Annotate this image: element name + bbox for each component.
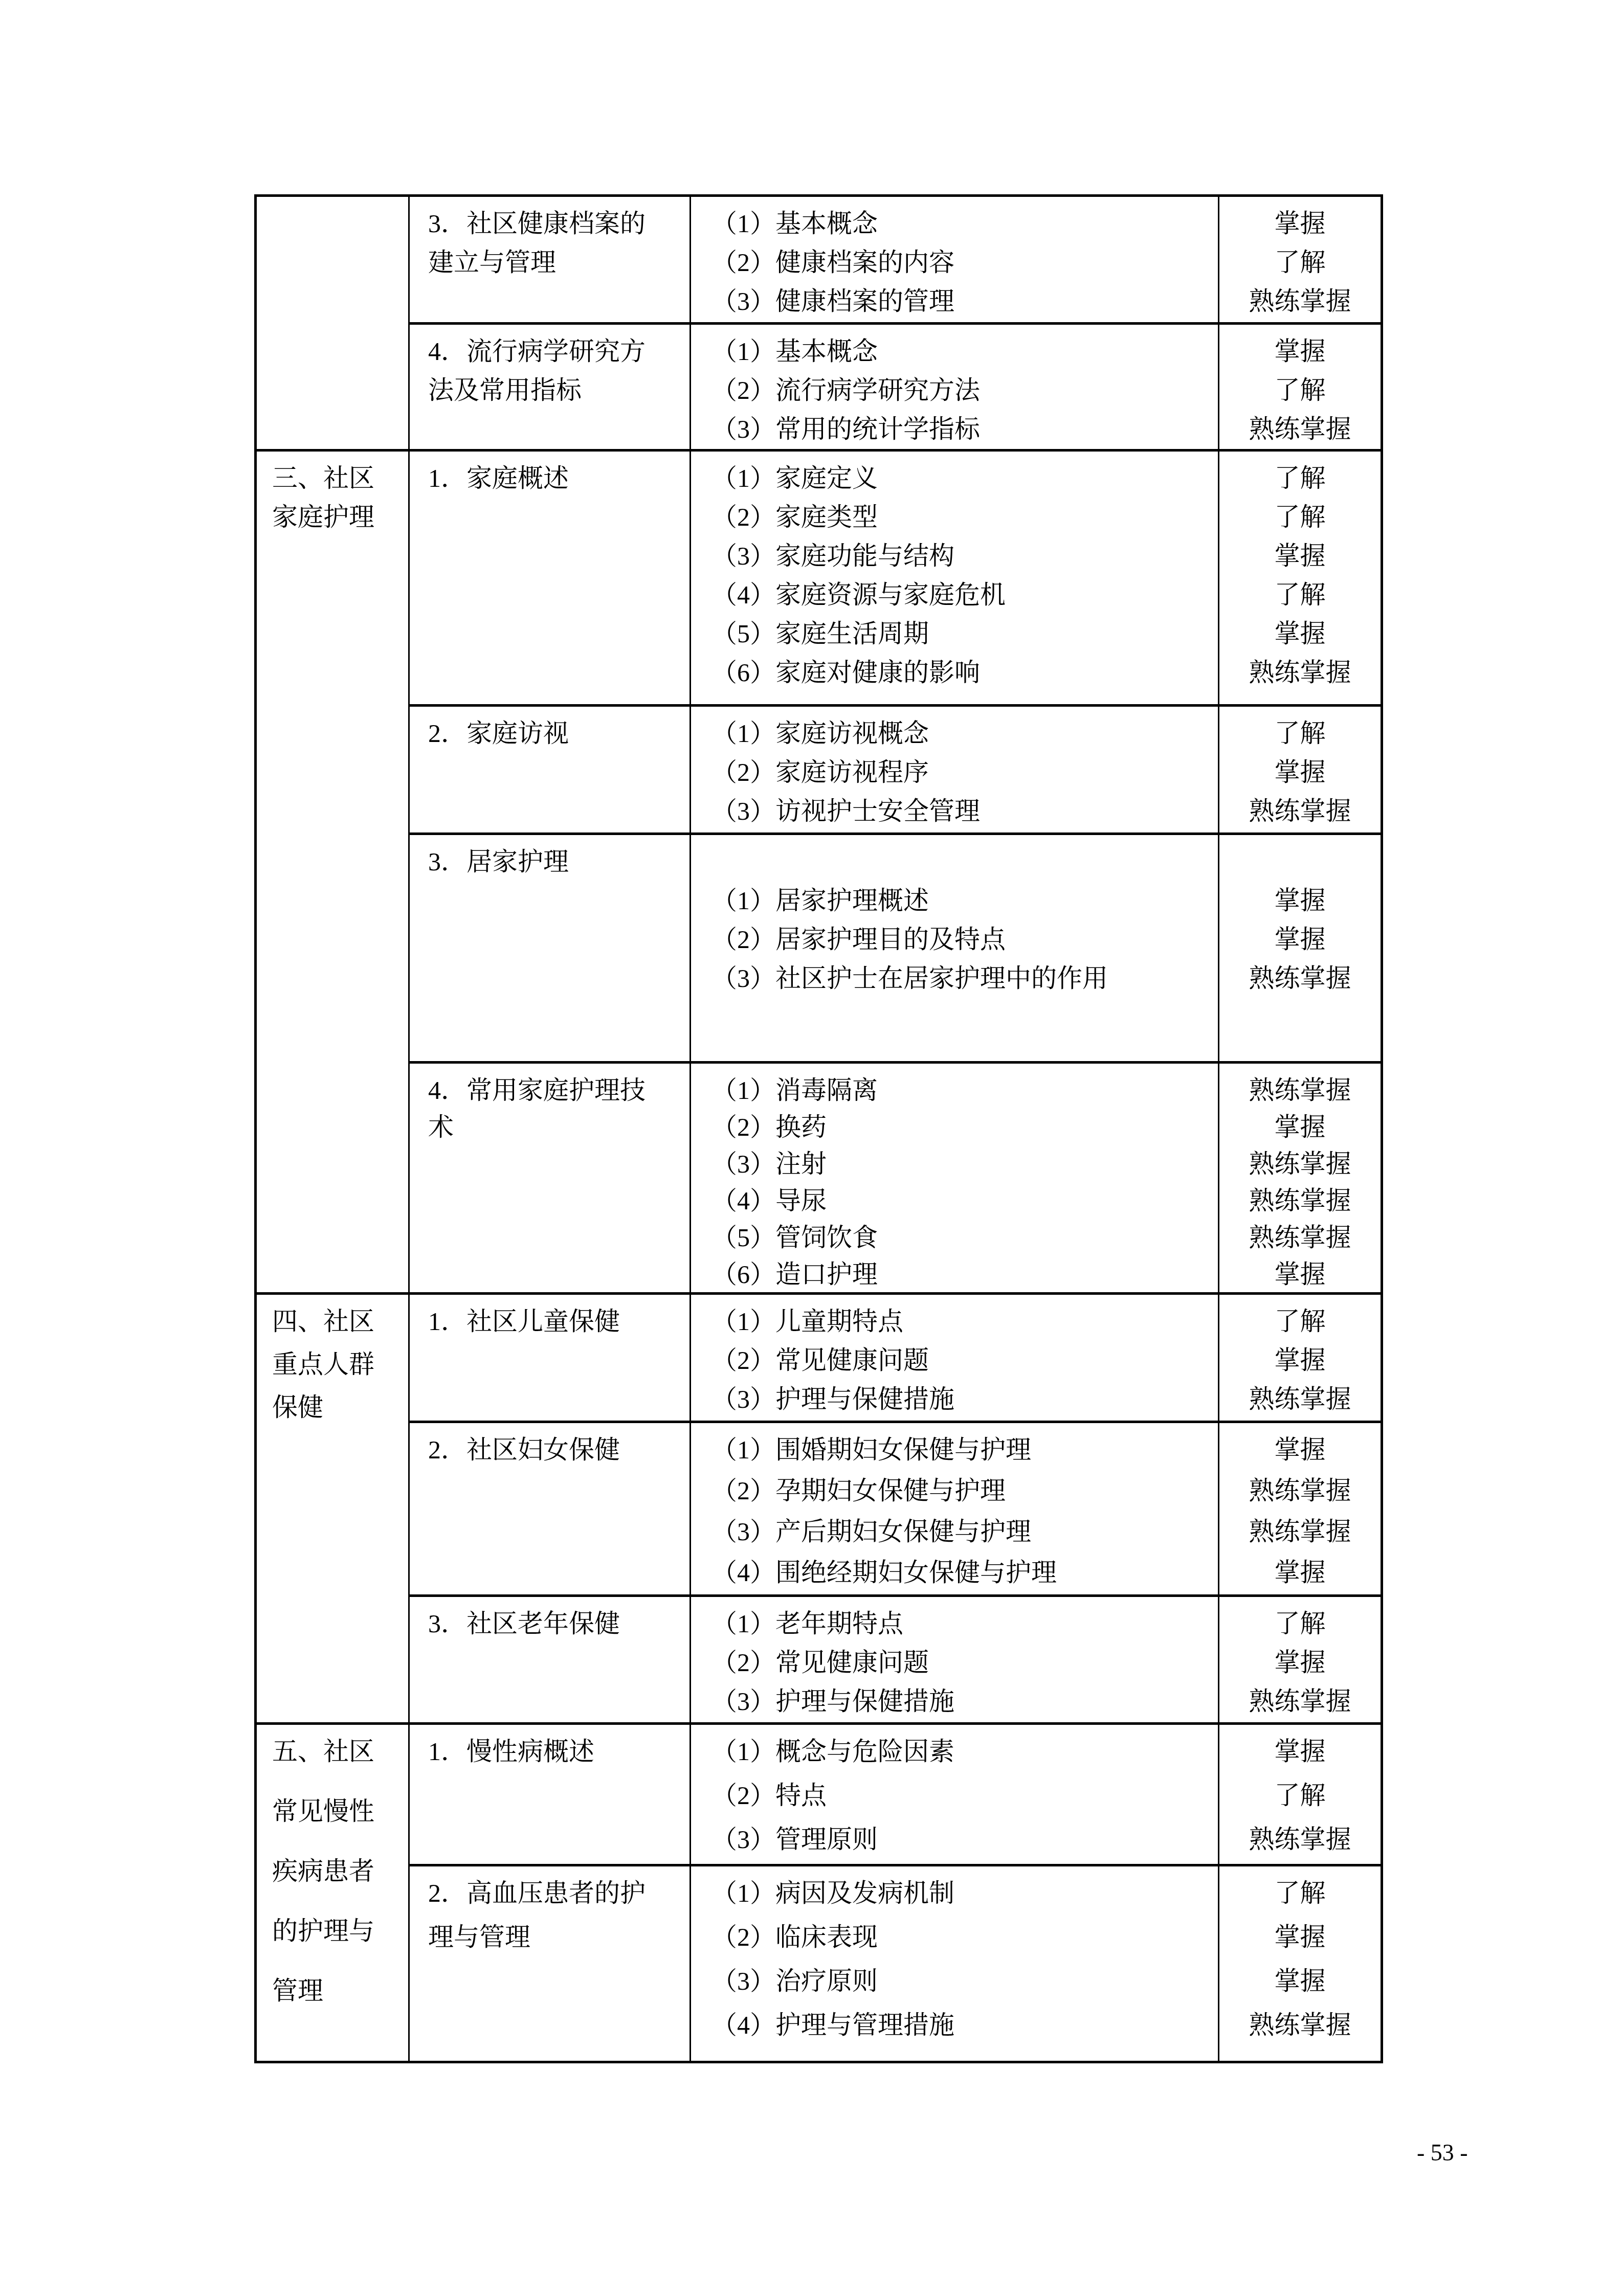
detail-item: （4）导尿: [711, 1181, 1213, 1218]
table-row: 4．流行病学研究方法及常用指标 （1）基本概念（2）流行病学研究方法（3）常用的…: [256, 324, 1382, 451]
requirement-level: 熟练掌握: [1219, 1144, 1381, 1181]
subtopic-cell: 4．常用家庭护理技术: [409, 1063, 691, 1294]
detail-item: （6）家庭对健康的影响: [711, 653, 1213, 692]
requirement-level: 了解: [1219, 575, 1381, 614]
requirements-cell: 掌握了解熟练掌握: [1219, 196, 1382, 324]
detail-item: （3）护理与保健措施: [711, 1682, 1213, 1721]
table-row: 2．高血压患者的护理与管理 （1）病因及发病机制（2）临床表现（3）治疗原则（4…: [256, 1865, 1382, 2062]
unit-label-line: 三、社区: [272, 459, 403, 498]
requirement-level: 熟练掌握: [1219, 959, 1381, 998]
detail-item: （1）基本概念: [711, 204, 1213, 243]
requirement-level: 掌握: [1219, 1553, 1381, 1594]
requirement-level: 熟练掌握: [1219, 1218, 1381, 1255]
subtopic-label-line: 3．居家护理: [428, 842, 684, 881]
requirement-level: 熟练掌握: [1219, 792, 1381, 830]
subtopic-cell: 1．慢性病概述: [409, 1724, 691, 1865]
requirement-level: 掌握: [1219, 1108, 1381, 1144]
detail-item: （2）家庭类型: [711, 498, 1213, 536]
details-cell: （1）家庭定义（2）家庭类型（3）家庭功能与结构（4）家庭资源与家庭危机（5）家…: [691, 451, 1219, 706]
detail-item: （2）家庭访视程序: [711, 753, 1213, 792]
subtopic-label-line: 3．社区健康档案的: [428, 204, 684, 243]
table-row: 3．居家护理 （1）居家护理概述（2）居家护理目的及特点（3）社区护士在居家护理…: [256, 834, 1382, 1063]
subtopic-cell: 3．社区健康档案的建立与管理: [409, 196, 691, 324]
requirement-level: 掌握: [1219, 881, 1381, 920]
table-row: 五、社区常见慢性疾病患者的护理与管理 1．慢性病概述 （1）概念与危险因素（2）…: [256, 1724, 1382, 1865]
subtopic-label-line: 4．常用家庭护理技: [428, 1071, 684, 1108]
detail-item: （4）家庭资源与家庭危机: [711, 575, 1213, 614]
requirement-level: 掌握: [1219, 1962, 1381, 2006]
unit-cell: 四、社区重点人群保健: [256, 1294, 409, 1724]
detail-item: （2）临床表现: [711, 1918, 1213, 1962]
detail-item: （2）健康档案的内容: [711, 243, 1213, 282]
requirements-cell: 了解掌握熟练掌握: [1219, 1294, 1382, 1422]
requirement-level: 了解: [1219, 371, 1381, 410]
requirement-level: 掌握: [1219, 1341, 1381, 1380]
requirements-cell: 掌握了解熟练掌握: [1219, 324, 1382, 451]
detail-item: （5）家庭生活周期: [711, 614, 1213, 653]
subtopic-label-line: 2．社区妇女保健: [428, 1430, 684, 1471]
details-cell: （1）老年期特点（2）常见健康问题（3）护理与保健措施: [691, 1596, 1219, 1724]
requirements-cell: 熟练掌握掌握熟练掌握熟练掌握熟练掌握掌握: [1219, 1063, 1382, 1294]
requirement-level: 熟练掌握: [1219, 1380, 1381, 1419]
subtopic-label-line: 1．社区儿童保健: [428, 1302, 684, 1341]
requirement-level: 了解: [1219, 1302, 1381, 1341]
subtopic-cell: 2．家庭访视: [409, 706, 691, 834]
detail-item: （3）管理原则: [711, 1820, 1213, 1864]
requirements-cell: 了解了解掌握了解掌握熟练掌握: [1219, 451, 1382, 706]
requirement-level: 掌握: [1219, 536, 1381, 575]
detail-item: （3）健康档案的管理: [711, 282, 1213, 321]
requirements-cell: 了解掌握熟练掌握: [1219, 1596, 1382, 1724]
requirement-level: 了解: [1219, 714, 1381, 753]
details-cell: （1）病因及发病机制（2）临床表现（3）治疗原则（4）护理与管理措施: [691, 1865, 1219, 2062]
requirement-level: 了解: [1219, 1776, 1381, 1820]
details-cell: （1）围婚期妇女保健与护理（2）孕期妇女保健与护理（3）产后期妇女保健与护理（4…: [691, 1422, 1219, 1596]
details-cell: （1）概念与危险因素（2）特点（3）管理原则: [691, 1724, 1219, 1865]
detail-item: （1）老年期特点: [711, 1604, 1213, 1643]
detail-item: （4）围绝经期妇女保健与护理: [711, 1553, 1213, 1594]
unit-label-line: 五、社区: [272, 1732, 403, 1792]
detail-item: （1）基本概念: [711, 332, 1213, 371]
requirement-level: 了解: [1219, 1874, 1381, 1918]
details-cell: （1）儿童期特点（2）常见健康问题（3）护理与保健措施: [691, 1294, 1219, 1422]
detail-item: （1）家庭定义: [711, 459, 1213, 498]
detail-item: （2）常见健康问题: [711, 1643, 1213, 1682]
requirement-level: 熟练掌握: [1219, 1682, 1381, 1721]
requirement-level: 了解: [1219, 498, 1381, 536]
unit-label-line: 四、社区: [272, 1302, 403, 1345]
detail-item: （3）常用的统计学指标: [711, 410, 1213, 448]
subtopic-label-line: 2．家庭访视: [428, 714, 684, 753]
detail-item: （1）居家护理概述: [711, 881, 1213, 920]
table-row: 3．社区老年保健 （1）老年期特点（2）常见健康问题（3）护理与保健措施 了解掌…: [256, 1596, 1382, 1724]
requirement-level: 掌握: [1219, 204, 1381, 243]
requirement-level: 熟练掌握: [1219, 1181, 1381, 1218]
requirement-level: 掌握: [1219, 1643, 1381, 1682]
detail-item: （1）消毒隔离: [711, 1071, 1213, 1108]
detail-item: （3）社区护士在居家护理中的作用: [711, 959, 1213, 998]
requirement-level: [1219, 842, 1381, 881]
requirement-level: 熟练掌握: [1219, 1512, 1381, 1553]
detail-item: （2）居家护理目的及特点: [711, 920, 1213, 959]
requirement-level: 掌握: [1219, 1918, 1381, 1962]
requirements-cell: 掌握掌握熟练掌握: [1219, 834, 1382, 1063]
document-page: 3．社区健康档案的建立与管理 （1）基本概念（2）健康档案的内容（3）健康档案的…: [0, 0, 1624, 2296]
table-row: 2．家庭访视 （1）家庭访视概念（2）家庭访视程序（3）访视护士安全管理 了解掌…: [256, 706, 1382, 834]
unit-label-line: 常见慢性: [272, 1792, 403, 1852]
detail-item: （6）造口护理: [711, 1255, 1213, 1292]
requirements-cell: 掌握了解熟练掌握: [1219, 1724, 1382, 1865]
requirements-cell: 了解掌握掌握熟练掌握: [1219, 1865, 1382, 2062]
unit-cell: 五、社区常见慢性疾病患者的护理与管理: [256, 1724, 409, 2062]
subtopic-cell: 1．社区儿童保健: [409, 1294, 691, 1422]
requirements-cell: 掌握熟练掌握熟练掌握掌握: [1219, 1422, 1382, 1596]
detail-item: （3）注射: [711, 1144, 1213, 1181]
detail-item: （2）常见健康问题: [711, 1341, 1213, 1380]
subtopic-cell: 1．家庭概述: [409, 451, 691, 706]
subtopic-label-line: 1．家庭概述: [428, 459, 684, 498]
detail-item: （1）病因及发病机制: [711, 1874, 1213, 1918]
table-row: 四、社区重点人群保健 1．社区儿童保健 （1）儿童期特点（2）常见健康问题（3）…: [256, 1294, 1382, 1422]
table-row: 3．社区健康档案的建立与管理 （1）基本概念（2）健康档案的内容（3）健康档案的…: [256, 196, 1382, 324]
table-row: 2．社区妇女保健 （1）围婚期妇女保健与护理（2）孕期妇女保健与护理（3）产后期…: [256, 1422, 1382, 1596]
details-cell: （1）消毒隔离（2）换药（3）注射（4）导尿（5）管饲饮食（6）造口护理: [691, 1063, 1219, 1294]
subtopic-label-line: 2．高血压患者的护: [428, 1874, 684, 1918]
detail-item: （3）家庭功能与结构: [711, 536, 1213, 575]
details-cell: （1）居家护理概述（2）居家护理目的及特点（3）社区护士在居家护理中的作用: [691, 834, 1219, 1063]
subtopic-cell: 3．社区老年保健: [409, 1596, 691, 1724]
requirement-level: 熟练掌握: [1219, 1471, 1381, 1512]
requirement-level: 掌握: [1219, 1430, 1381, 1471]
requirement-level: 掌握: [1219, 332, 1381, 371]
detail-item: （2）换药: [711, 1108, 1213, 1144]
requirement-level: 熟练掌握: [1219, 282, 1381, 321]
subtopic-label-line: 1．慢性病概述: [428, 1732, 684, 1776]
unit-label-line: 疾病患者: [272, 1852, 403, 1911]
details-cell: （1）基本概念（2）健康档案的内容（3）健康档案的管理: [691, 196, 1219, 324]
subtopic-cell: 4．流行病学研究方法及常用指标: [409, 324, 691, 451]
detail-item: （4）护理与管理措施: [711, 2006, 1213, 2050]
unit-label-line: 管理: [272, 1971, 403, 2031]
unit-label-line: 保健: [272, 1388, 403, 1431]
detail-item: （5）管饲饮食: [711, 1218, 1213, 1255]
unit-label-line: 重点人群: [272, 1345, 403, 1388]
detail-item: （3）访视护士安全管理: [711, 792, 1213, 830]
requirement-level: 掌握: [1219, 614, 1381, 653]
requirement-level: 了解: [1219, 1604, 1381, 1643]
unit-cell: 三、社区家庭护理: [256, 451, 409, 1294]
detail-item: [711, 842, 1213, 881]
unit-cell: [256, 196, 409, 451]
unit-label-line: 家庭护理: [272, 498, 403, 536]
page-number: - 53 -: [1417, 2140, 1468, 2166]
subtopic-cell: 3．居家护理: [409, 834, 691, 1063]
requirements-cell: 了解掌握熟练掌握: [1219, 706, 1382, 834]
detail-item: （2）特点: [711, 1776, 1213, 1820]
detail-item: （2）流行病学研究方法: [711, 371, 1213, 410]
requirement-level: 熟练掌握: [1219, 653, 1381, 692]
detail-item: （3）护理与保健措施: [711, 1380, 1213, 1419]
requirement-level: 掌握: [1219, 1255, 1381, 1292]
detail-item: （3）治疗原则: [711, 1962, 1213, 2006]
detail-item: （1）家庭访视概念: [711, 714, 1213, 753]
subtopic-label-line: 法及常用指标: [428, 371, 684, 410]
subtopic-label-line: 建立与管理: [428, 243, 684, 282]
requirement-level: 熟练掌握: [1219, 1820, 1381, 1864]
subtopic-cell: 2．高血压患者的护理与管理: [409, 1865, 691, 2062]
subtopic-label-line: 术: [428, 1108, 684, 1144]
subtopic-cell: 2．社区妇女保健: [409, 1422, 691, 1596]
requirement-level: 熟练掌握: [1219, 1071, 1381, 1108]
requirement-level: 掌握: [1219, 920, 1381, 959]
requirement-level: 了解: [1219, 459, 1381, 498]
table-row: 4．常用家庭护理技术 （1）消毒隔离（2）换药（3）注射（4）导尿（5）管饲饮食…: [256, 1063, 1382, 1294]
syllabus-table: 3．社区健康档案的建立与管理 （1）基本概念（2）健康档案的内容（3）健康档案的…: [254, 194, 1383, 2063]
requirement-level: 掌握: [1219, 1732, 1381, 1776]
detail-item: （1）概念与危险因素: [711, 1732, 1213, 1776]
table-row: 三、社区家庭护理 1．家庭概述 （1）家庭定义（2）家庭类型（3）家庭功能与结构…: [256, 451, 1382, 706]
requirement-level: 熟练掌握: [1219, 410, 1381, 448]
subtopic-label-line: 3．社区老年保健: [428, 1604, 684, 1643]
subtopic-label-line: 理与管理: [428, 1918, 684, 1962]
unit-label-line: 的护理与: [272, 1911, 403, 1971]
subtopic-label-line: 4．流行病学研究方: [428, 332, 684, 371]
detail-item: （2）孕期妇女保健与护理: [711, 1471, 1213, 1512]
detail-item: （3）产后期妇女保健与护理: [711, 1512, 1213, 1553]
detail-item: （1）儿童期特点: [711, 1302, 1213, 1341]
details-cell: （1）家庭访视概念（2）家庭访视程序（3）访视护士安全管理: [691, 706, 1219, 834]
detail-item: （1）围婚期妇女保健与护理: [711, 1430, 1213, 1471]
requirement-level: 掌握: [1219, 753, 1381, 792]
details-cell: （1）基本概念（2）流行病学研究方法（3）常用的统计学指标: [691, 324, 1219, 451]
requirement-level: 了解: [1219, 243, 1381, 282]
requirement-level: 熟练掌握: [1219, 2006, 1381, 2050]
